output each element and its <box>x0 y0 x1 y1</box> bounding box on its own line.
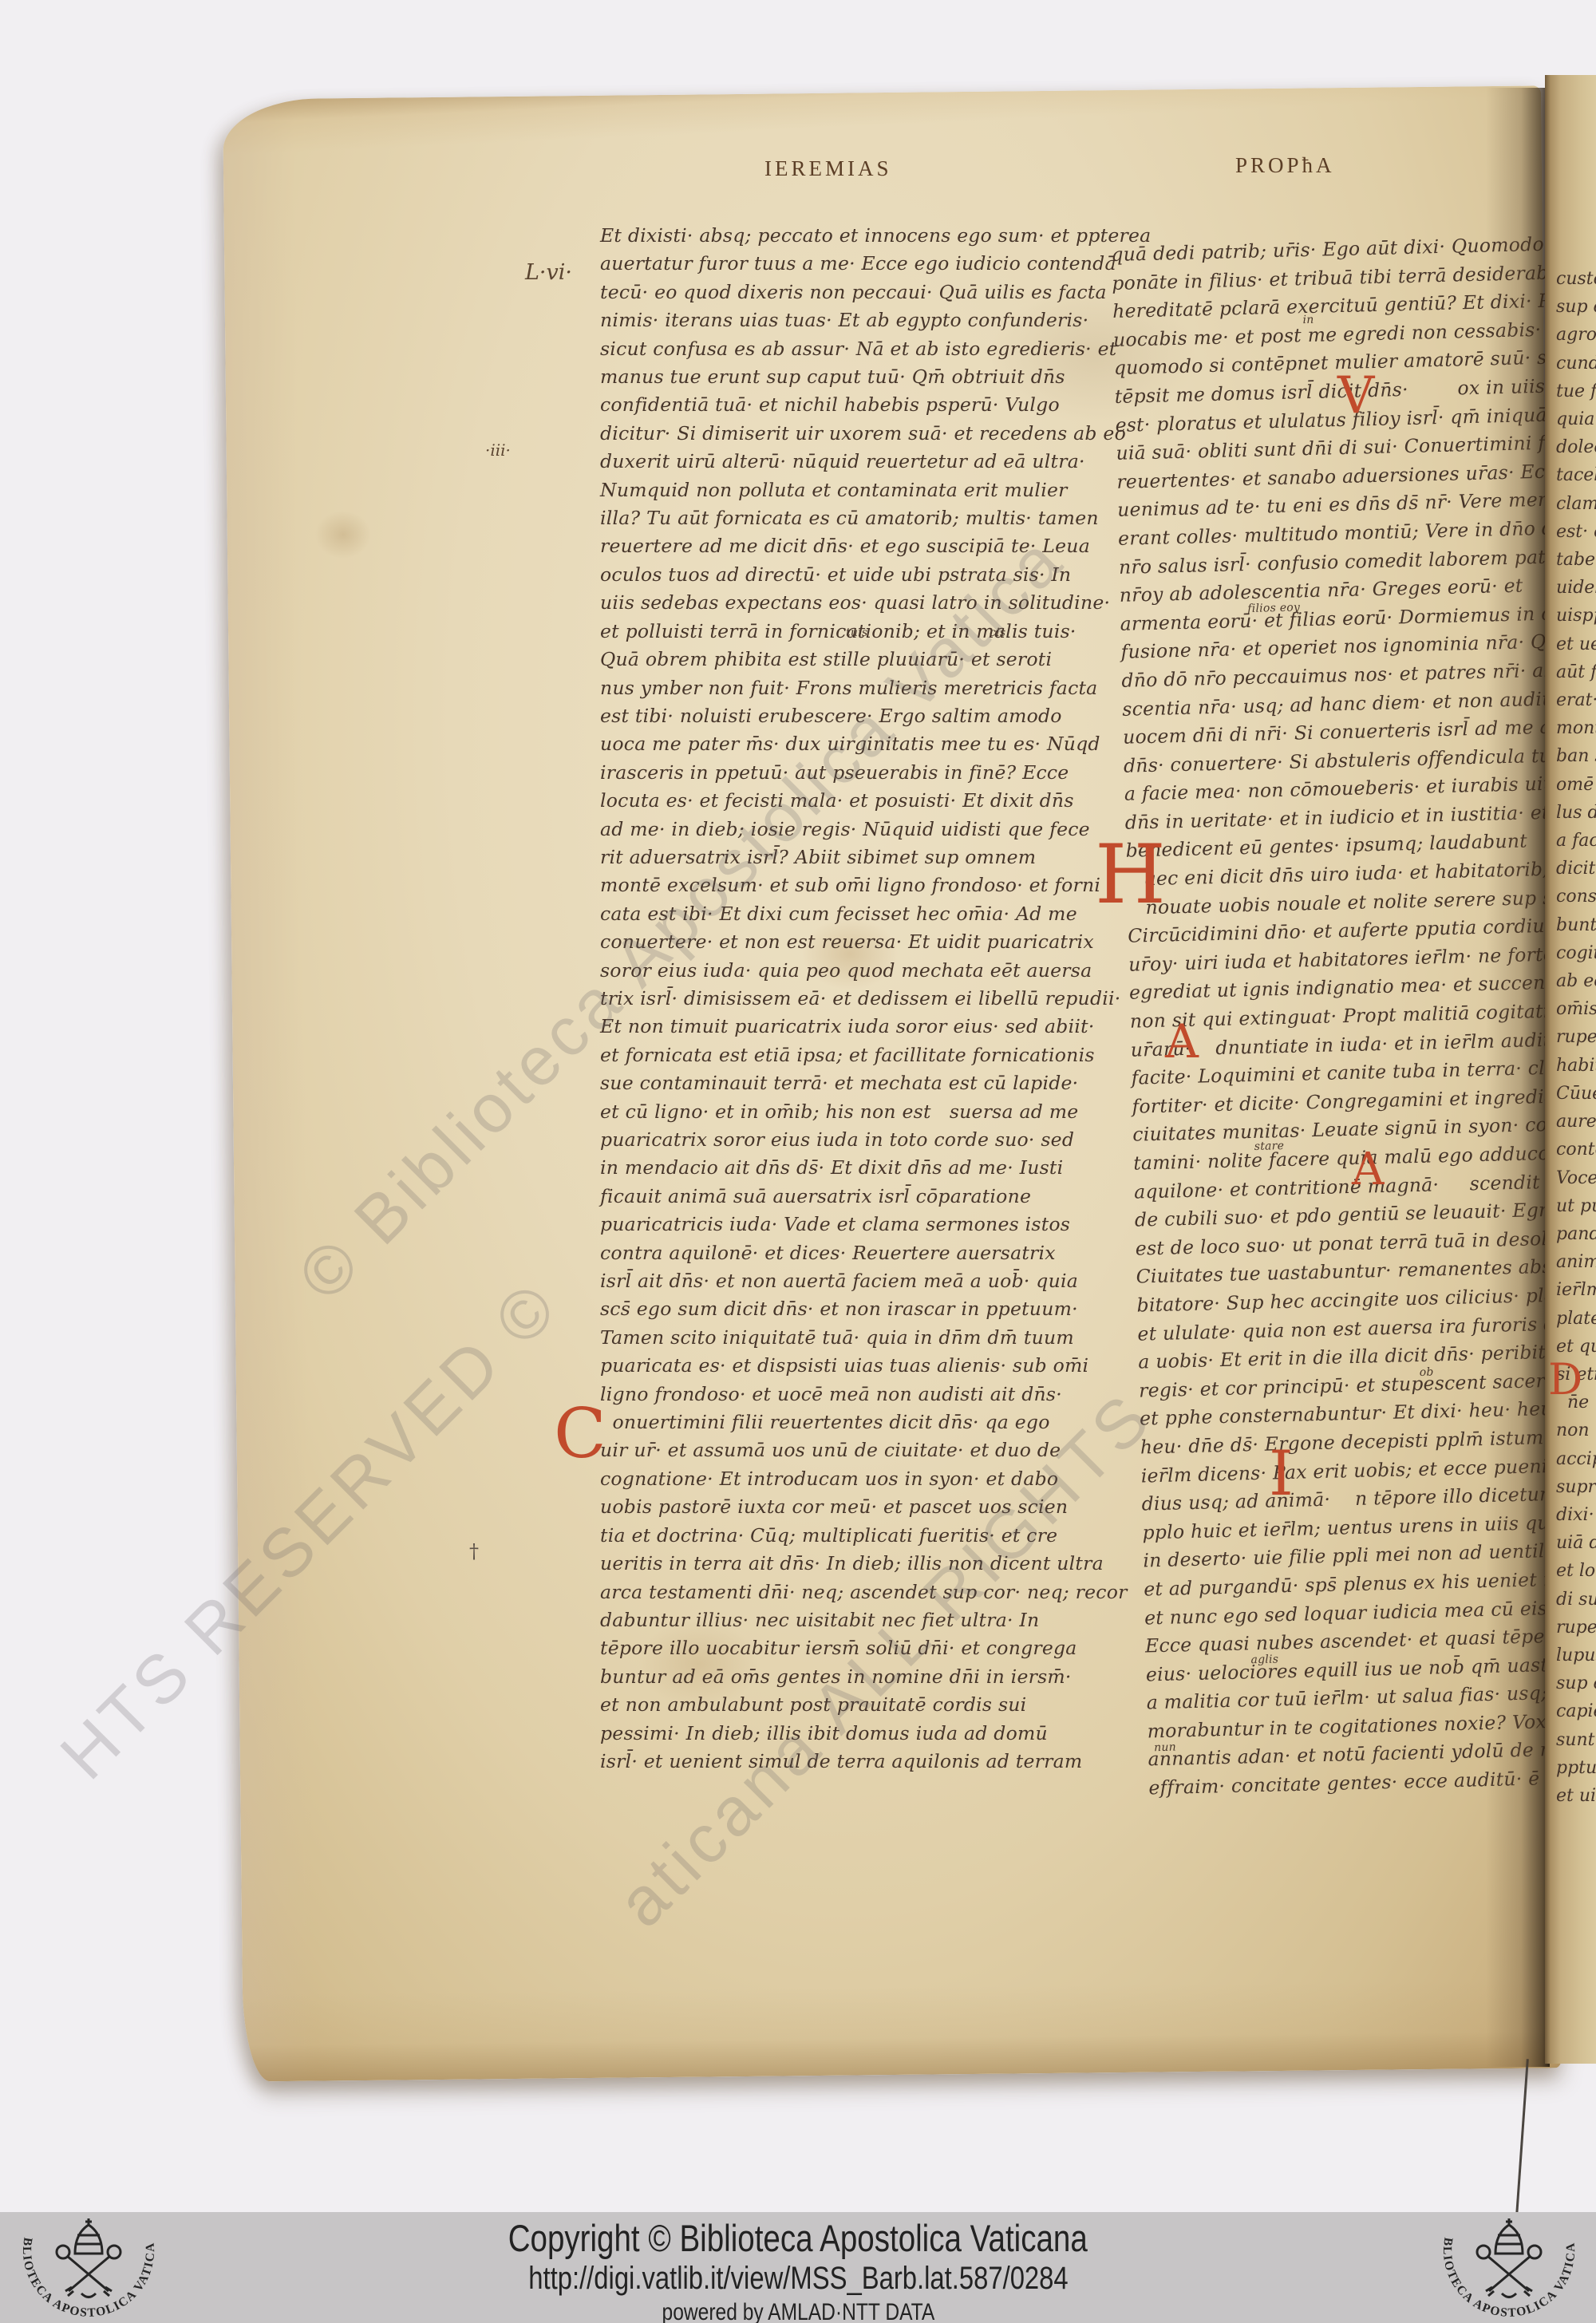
text-line: Et dixisti· absq; peccato et innocens eg… <box>600 222 1092 250</box>
text-line: consuma <box>1556 883 1596 911</box>
text-line: et cū ligno· et in om̄ib; his non est su… <box>600 1098 1092 1126</box>
text-line: puaricatrix soror eius iuda in toto cord… <box>600 1126 1092 1154</box>
text-line: om̄is cu <box>1556 995 1596 1023</box>
text-line: puaricatricis iuda· Vade et clama sermon… <box>600 1211 1092 1239</box>
text-line: contra aquilonē· et dices· Reuertere aue… <box>600 1239 1092 1267</box>
text-line: erat· et nu <box>1556 686 1596 714</box>
vatican-library-logo: BIBLIOTECA APOSTOLICA VATICANA <box>1425 2214 1593 2321</box>
text-line: accipe <box>1556 1445 1596 1473</box>
text-line: et loq <box>1556 1557 1596 1585</box>
rubric-initial-c: C <box>554 1400 606 1468</box>
copyright-text: Copyright © Biblioteca Apostolica Vatica… <box>508 2216 1088 2260</box>
text-line: uobis pastorē iuxta cor meū· et pascet u… <box>600 1493 1092 1521</box>
margin-cross-mark: † <box>469 1540 479 1562</box>
text-line: ad me· in dieb; iosie regis· Nūquid uidi… <box>600 816 1092 843</box>
rubric-initial-a: A <box>1352 1148 1384 1192</box>
text-line: Et non timuit puaricatrix iuda soror eiu… <box>600 1013 1092 1041</box>
text-line: tēpore illo uocabitur iersm̄ soliū dn̄i·… <box>600 1634 1092 1662</box>
text-line: pandē <box>1556 1220 1596 1248</box>
text-line: dixi· <box>1556 1501 1596 1529</box>
text-line: nus ymber non fuit· Frons mulieris meret… <box>600 674 1092 702</box>
text-line: Numquid non polluta et contaminata erit … <box>600 476 1092 504</box>
text-line: capiet <box>1556 1697 1596 1725</box>
rubric-initial-d: D <box>1548 1358 1582 1401</box>
text-line: omē uo <box>1556 771 1596 799</box>
text-line: dabuntur illius· nec uisitabit nec fiet … <box>600 1606 1092 1634</box>
interlinear-gloss: filios eoy <box>1247 594 1301 623</box>
text-line: soror eius iuda· quia peo quod mechata e… <box>600 957 1092 985</box>
rubric-initial-i: I <box>1269 1443 1294 1505</box>
text-line: supra <box>1556 1473 1596 1501</box>
powered-by-text: powered by AMLAD·NTT DATA <box>662 2299 934 2323</box>
text-line: rupes· <box>1556 1023 1596 1051</box>
interlinear-gloss: ob <box>1419 1359 1434 1388</box>
facing-page-edge: custodessup ciuitaagroy facundiamtue fec… <box>1545 75 1596 2064</box>
text-line: in mendacio ait dn̄s ds̄· Et dixit dn̄s … <box>600 1154 1092 1182</box>
text-column-left: tuis cis Et dixisti· absq; peccato et in… <box>600 222 1092 1776</box>
text-line: ier̄lm· <box>1556 1276 1596 1304</box>
text-line: uoca me pater m̄s· dux uirginitatis mee … <box>600 730 1092 758</box>
text-line: dicitur· Si dimiserit uir uxorem suā· et… <box>600 420 1092 448</box>
interlinear-gloss: stare <box>1254 1132 1284 1161</box>
text-line: est· et uas <box>1556 518 1596 546</box>
running-title-propheta: PROPħA <box>1235 153 1335 178</box>
text-line: ligno frondoso· et uocē meā non audisti … <box>600 1381 1092 1408</box>
text-line: reuertere ad me dicit dn̄s· et ego susci… <box>600 532 1092 560</box>
text-line: montes e <box>1556 714 1596 742</box>
text-line: conuertere· et non est reuersa· Et uidit… <box>600 928 1092 956</box>
vatican-library-logo: BIBLIOTECA APOSTOLICA VATICANA <box>5 2214 172 2321</box>
interlinear-gloss: aglis <box>1250 1645 1279 1674</box>
text-line: custodes <box>1556 265 1596 293</box>
text-line: illa? Tu aūt fornicata es cū amatorib; m… <box>600 504 1092 532</box>
facing-page-text: custodessup ciuitaagroy facundiamtue fec… <box>1556 265 1596 1810</box>
text-line: lupus· <box>1556 1642 1596 1669</box>
text-line: uidebo f <box>1556 574 1596 602</box>
text-line: non <box>1556 1416 1596 1444</box>
interlinear-gloss: nun <box>1154 1734 1177 1763</box>
text-line: ut pue <box>1556 1192 1596 1220</box>
text-line: clamorē <box>1556 490 1596 518</box>
text-line: et uir <box>1556 1782 1596 1810</box>
text-line: aureo· et <box>1556 1108 1596 1136</box>
text-line: confidentiā tuā· et nichil habebis psper… <box>600 391 1092 419</box>
text-line: isrl̄ ait dn̄s· et non auertā faciem meā… <box>600 1267 1092 1295</box>
text-line: irasceris in ppetuū· aut pseuerabis in f… <box>600 759 1092 787</box>
margin-chapter-mark: ·iii· <box>485 441 511 460</box>
text-line: sunt· <box>1556 1726 1596 1754</box>
text-line: oculos tuos ad directū· et uide ubi pstr… <box>600 561 1092 589</box>
interlinear-gloss: in <box>1302 306 1314 335</box>
text-line: duxerit uirū alterū· nūquid reuertetur a… <box>600 448 1092 476</box>
text-line: platei <box>1556 1305 1596 1333</box>
gutter-shadow <box>1486 88 1550 2067</box>
rubric-initial-a: A <box>1165 1018 1199 1065</box>
text-line: auertatur furor tuus a me· Ecce ego iudi… <box>600 250 1092 278</box>
text-line: anima <box>1556 1248 1596 1276</box>
text-line: tecū· eo quod dixeris non peccaui· Quā u… <box>600 279 1092 306</box>
text-line: ficauit animā suā auersatrix isrl̄ cōpar… <box>600 1183 1092 1211</box>
text-line: pptuū <box>1556 1754 1596 1782</box>
text-line: ueritis in terra ait dn̄s· In dieb; illi… <box>600 1550 1092 1578</box>
interlinear-gloss: tuis <box>846 619 867 647</box>
text-line: cognatione· Et introducam uos in syon· e… <box>600 1465 1092 1493</box>
text-line: manus tue erunt sup caput tuū· Qm̄ obtri… <box>600 363 1092 391</box>
text-line: uiā d <box>1556 1529 1596 1557</box>
text-line: habitat <box>1556 1052 1596 1080</box>
text-line: onuertimini filii reuertentes dicit dn̄s… <box>600 1408 1092 1436</box>
text-line: uispplsm̄ <box>1556 602 1596 630</box>
text-line: dicit dn̄ <box>1556 855 1596 883</box>
text-line: uiis sedebas expectans eos· quasi latro … <box>600 589 1092 617</box>
text-line: ab eo· <box>1556 967 1596 995</box>
text-line: agroy fa <box>1556 321 1596 349</box>
text-line: uir ur̄· et assumā uos unū de ciuitate· … <box>600 1436 1092 1464</box>
text-line: Tamen scito iniquitatē tuā· quia in dn̄m… <box>600 1324 1092 1352</box>
text-line: tacebo q <box>1556 461 1596 489</box>
text-line: cundiam <box>1556 350 1596 377</box>
rubric-initial-v: V <box>1337 370 1374 421</box>
interlinear-gloss: cis <box>990 619 1005 647</box>
text-line: sup ciu <box>1556 1669 1596 1697</box>
text-line: arca testamenti dn̄i· neq; ascendet sup … <box>600 1578 1092 1606</box>
papal-keys-tiara-icon <box>57 2218 120 2297</box>
text-line: buntur ad eā om̄s gentes in nomine dn̄i … <box>600 1663 1092 1691</box>
text-line: locuta es· et fecisti mala· et posuisti·… <box>600 787 1092 815</box>
text-line: tia et doctrina· Cūq; multiplicati fueri… <box>600 1522 1092 1550</box>
text-line: isrl̄· et uenient simul de terra aquilon… <box>600 1748 1092 1776</box>
text-line: quia teri <box>1556 405 1596 433</box>
text-line: pessimi· In dieb; illis ibit domus iuda … <box>600 1720 1092 1748</box>
footer-bar: Copyright © Biblioteca Apostolica Vatica… <box>0 2212 1596 2323</box>
manuscript-url: http://digi.vatlib.it/view/MSS_Barb.lat.… <box>528 2261 1068 2297</box>
text-line: ban sunt <box>1556 742 1596 770</box>
text-line: puaricata es· et dispsisti uias tuas ali… <box>600 1352 1092 1380</box>
margin-chapter-mark: L·vi· <box>525 260 572 285</box>
text-line: aūt facer <box>1556 658 1596 686</box>
text-line: tue feceri <box>1556 377 1596 405</box>
text-line: cogitaui <box>1556 939 1596 967</box>
text-line: rit aduersatrix isrl̄? Abiit sibimet sup… <box>600 843 1092 871</box>
text-line: Cūuest <box>1556 1080 1596 1108</box>
text-line: trix isrl̄· dimisissem eā· et dedissem e… <box>600 985 1092 1013</box>
rubric-initial-h: H <box>1095 835 1166 916</box>
text-line: et fornicata est etiā ipsa; et facillita… <box>600 1041 1092 1069</box>
text-line: sicut confusa es ab assur· Nā et ab isto… <box>600 335 1092 363</box>
text-line: contēpso <box>1556 1136 1596 1163</box>
text-line: di sui <box>1556 1586 1596 1614</box>
text-line: sue contaminauit terrā· et mechata est c… <box>600 1069 1092 1097</box>
running-title-ieremias: IEREMIAS <box>764 156 892 181</box>
text-line: et ue cord <box>1556 630 1596 658</box>
text-line: cata est ibi· Et dixi cum fecisset hec o… <box>600 900 1092 928</box>
text-line: sup ciuita <box>1556 293 1596 321</box>
text-line: nimis· iterans uias tuas· Et ab egypto c… <box>600 306 1092 334</box>
text-line: et non ambulabunt post prauitatē cordis … <box>600 1691 1092 1719</box>
digitized-manuscript-photo: IEREMIAS PROPħA L·vi· ·iii· † tuis cis E… <box>0 0 1596 2323</box>
text-line: est tibi· noluisti erubescere· Ergo salt… <box>600 702 1092 730</box>
text-line: ruperu <box>1556 1614 1596 1642</box>
text-line: Vocem <box>1556 1164 1596 1192</box>
text-line: montē excelsum· et sub om̄i ligno frondo… <box>600 871 1092 899</box>
text-line: bunt cel <box>1556 911 1596 939</box>
text-line: scs̄ ego sum dicit dn̄s· et non irascar … <box>600 1295 1092 1323</box>
papal-keys-tiara-icon <box>1477 2218 1541 2297</box>
text-line: Quā obrem phibita est stille pluuiarū· e… <box>600 646 1092 674</box>
page-seam-line <box>1515 2059 1529 2215</box>
text-line: lus deser <box>1556 799 1596 827</box>
text-line: doleo· sen <box>1556 433 1596 461</box>
text-line: tabernac <box>1556 546 1596 574</box>
text-line: a facie d <box>1556 827 1596 855</box>
